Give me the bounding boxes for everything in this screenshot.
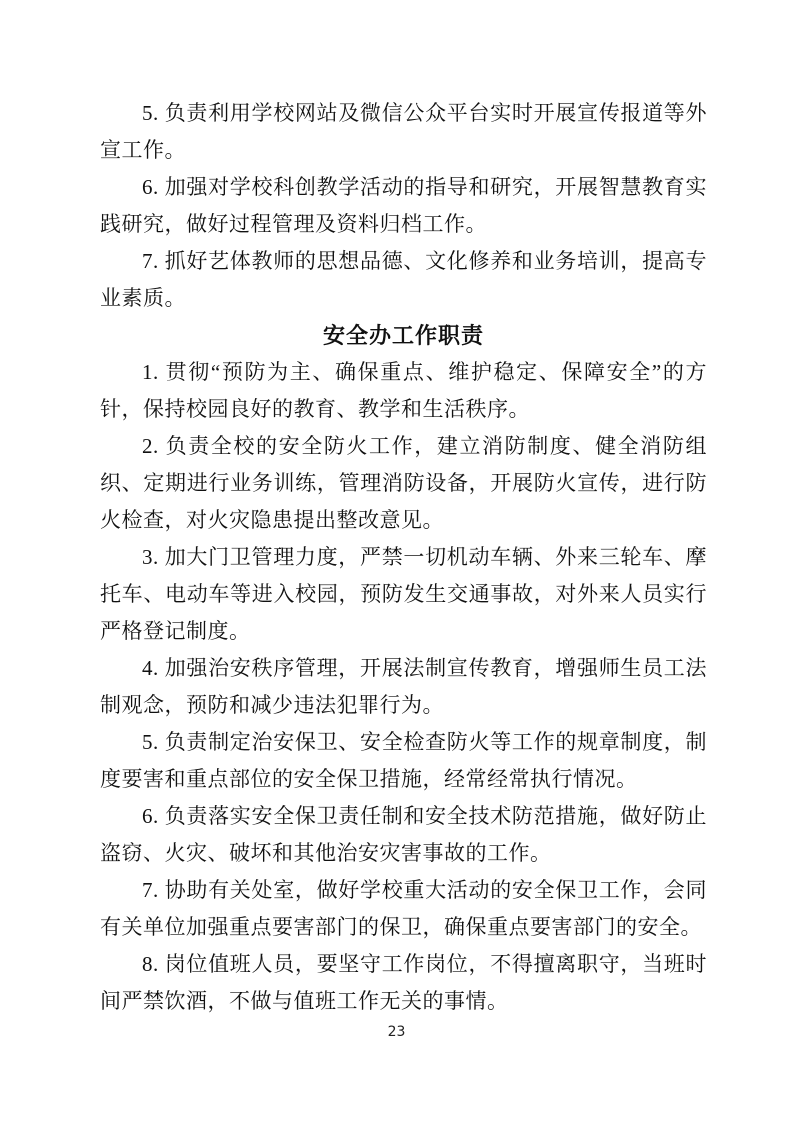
paragraph: 2. 负责全校的安全防火工作，建立消防制度、健全消防组织、定期进行业务训练，管理… (100, 428, 707, 539)
paragraph: 6. 负责落实安全保卫责任制和安全技术防范措施，做好防止盗窃、火灾、破坏和其他治… (100, 798, 707, 872)
paragraph: 1. 贯彻“预防为主、确保重点、维护稳定、保障安全”的方针，保持校园良好的教育、… (100, 354, 707, 428)
document-content: 5. 负责利用学校网站及微信公众平台实时开展宣传报道等外宣工作。 6. 加强对学… (100, 95, 707, 1020)
paragraph: 7. 抓好艺体教师的思想品德、文化修养和业务培训，提高专业素质。 (100, 243, 707, 317)
paragraph: 3. 加大门卫管理力度，严禁一切机动车辆、外来三轮车、摩托车、电动车等进入校园，… (100, 539, 707, 650)
paragraph: 4. 加强治安秩序管理，开展法制宣传教育，增强师生员工法制观念，预防和减少违法犯… (100, 650, 707, 724)
paragraph: 8. 岗位值班人员，要坚守工作岗位，不得擅离职守，当班时间严禁饮酒，不做与值班工… (100, 946, 707, 1020)
document-page: 5. 负责利用学校网站及微信公众平台实时开展宣传报道等外宣工作。 6. 加强对学… (0, 0, 793, 1122)
paragraph: 7. 协助有关处室，做好学校重大活动的安全保卫工作，会同有关单位加强重点要害部门… (100, 872, 707, 946)
page-number: 23 (0, 1024, 793, 1041)
section-heading: 安全办工作职责 (100, 317, 707, 354)
paragraph: 6. 加强对学校科创教学活动的指导和研究，开展智慧教育实践研究，做好过程管理及资… (100, 169, 707, 243)
paragraph: 5. 负责利用学校网站及微信公众平台实时开展宣传报道等外宣工作。 (100, 95, 707, 169)
paragraph: 5. 负责制定治安保卫、安全检查防火等工作的规章制度，制度要害和重点部位的安全保… (100, 724, 707, 798)
